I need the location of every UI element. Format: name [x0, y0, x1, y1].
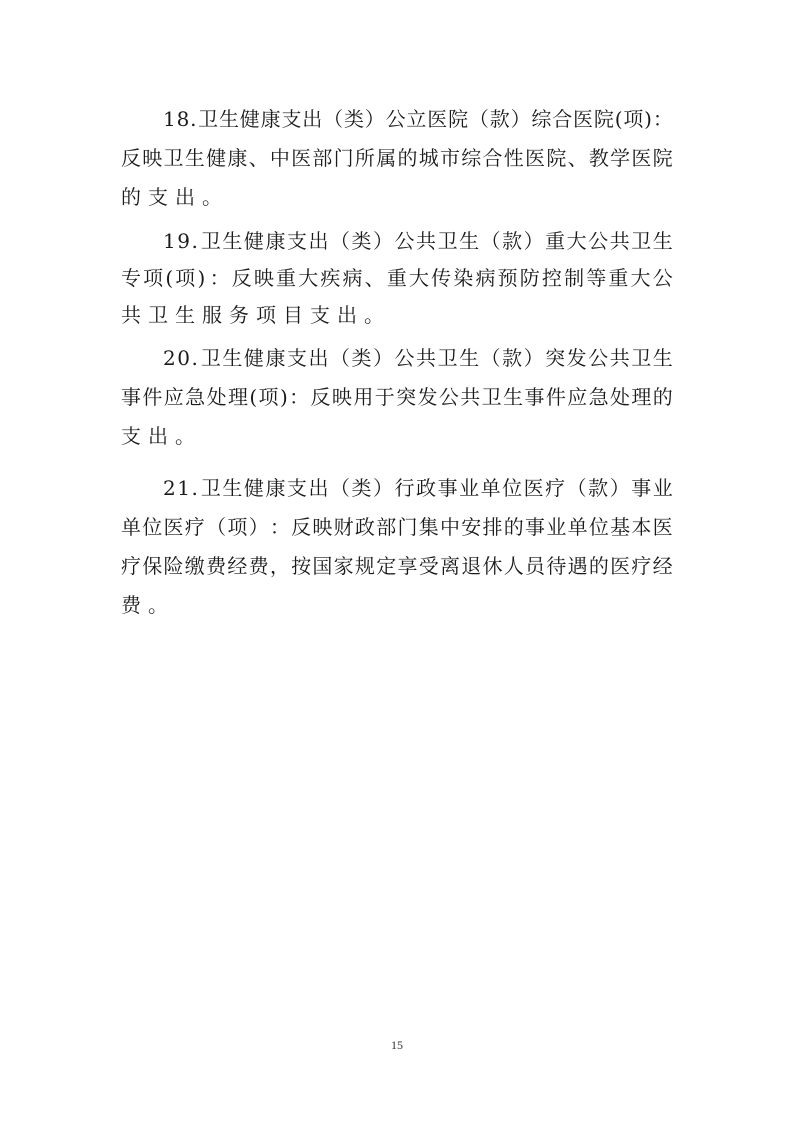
- paragraph-line: 反映卫生健康、中医部门所属的城市综合性医院、教学医院: [121, 143, 673, 173]
- paragraph-line: 疗保险缴费经费，按国家规定享受离退休人员待遇的医疗经: [121, 551, 673, 581]
- paragraph-line: 共卫生服务项目支出。: [121, 300, 673, 330]
- paragraph-line: 20. 卫生健康支出（类）公共卫生（款）突发公共卫生: [163, 343, 673, 373]
- paragraph-line: 21. 卫生健康支出（类）行政事业单位医疗（款）事业: [163, 473, 673, 503]
- paragraph-line: 费。: [121, 590, 673, 620]
- paragraph-line: 18. 卫生健康支出（类）公立医院（款）综合医院(项)：: [163, 104, 673, 134]
- paragraph-line: 的支出。: [121, 182, 673, 212]
- paragraph-line: 单位医疗（项）：反映财政部门集中安排的事业单位基本医: [121, 512, 673, 542]
- paragraph-line: 专项(项) ：反映重大疾病、重大传染病预防控制等重大公: [121, 263, 673, 293]
- paragraph-line: 支出。: [121, 421, 673, 451]
- page-number: 15: [0, 1038, 794, 1053]
- paragraph-line: 19. 卫生健康支出（类）公共卫生（款）重大公共卫生: [163, 226, 673, 256]
- paragraph-line: 事件应急处理(项)：反映用于突发公共卫生事件应急处理的: [121, 382, 673, 412]
- document-page: 18. 卫生健康支出（类）公立医院（款）综合医院(项)： 反映卫生健康、中医部门…: [0, 0, 794, 1123]
